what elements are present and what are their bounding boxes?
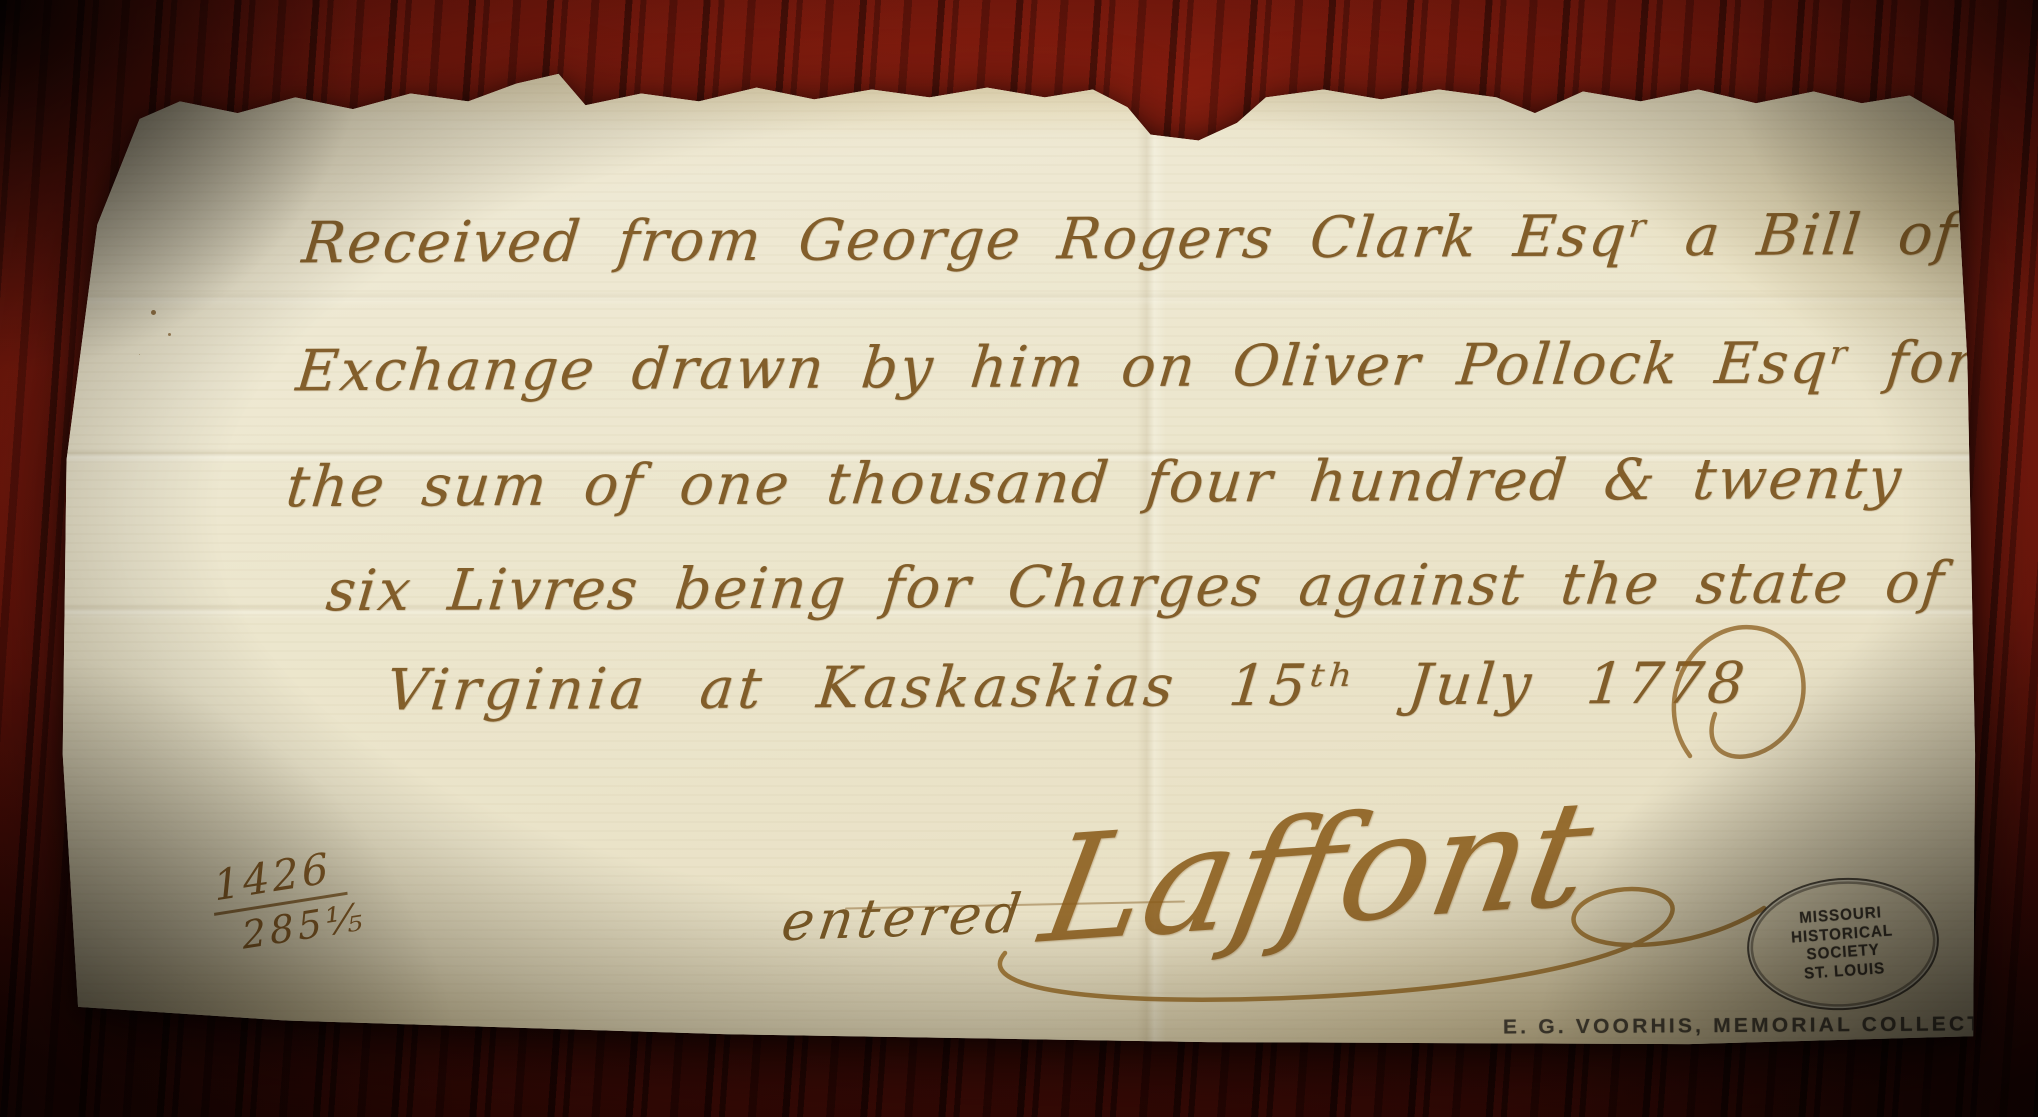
ink-specks [151, 310, 156, 315]
signature: Laffont [1031, 768, 1605, 977]
manuscript-line: Virginia at Kaskaskias 15ᵗʰ July 1778 [383, 650, 1751, 723]
manuscript-line: six Livres being for Charges against the… [323, 550, 1948, 624]
entered-note: entered [778, 882, 1029, 953]
photo-of-receipt: Received from George Rogers Clark Esqʳ a… [0, 0, 2038, 1117]
catalog-number: 324 [1852, 1045, 1937, 1081]
paper-shadow-wrap: Received from George Rogers Clark Esqʳ a… [0, 0, 2038, 1117]
manuscript-line: Received from George Rogers Clark Esqʳ a… [299, 202, 1961, 277]
missouri-historical-society-stamp: MISSOURI HISTORICAL SOCIETY ST. LOUIS [1743, 871, 1944, 1016]
manuscript-line: the sum of one thousand four hundred & t… [283, 446, 1905, 520]
account-fraction: 1426 285⅕ [210, 838, 368, 962]
collection-caption: E. G. VOORHIS, MEMORIAL COLLECTION [1503, 1013, 2030, 1040]
manuscript-line: Exchange drawn by him on Oliver Pollock … [293, 330, 1978, 405]
manuscript-paper: Received from George Rogers Clark Esqʳ a… [55, 68, 1977, 1048]
